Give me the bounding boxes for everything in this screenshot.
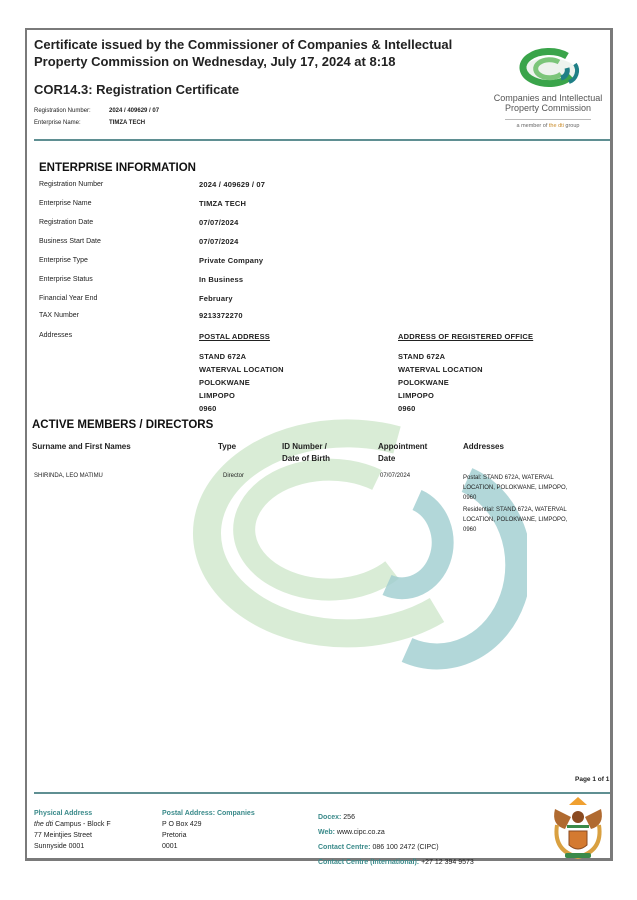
info-label: Enterprise Status <box>39 276 93 283</box>
contact-centre-label: Contact Centre: <box>318 844 371 851</box>
info-label: Business Start Date <box>39 238 101 245</box>
director-name: SHIRINDA, LEO MATIMU <box>34 471 103 481</box>
physical-line-2: 77 Meintjies Street <box>34 830 111 841</box>
reg-number-value: 2024 / 409629 / 07 <box>109 108 159 114</box>
form-title: COR14.3: Registration Certificate <box>34 82 239 97</box>
director-type: Director <box>223 471 244 481</box>
contact-centre-intl: Contact Centre (International): +27 12 3… <box>318 854 474 869</box>
physical-address-heading: Physical Address <box>34 808 111 819</box>
title-line-2: Property Commission on Wednesday, July 1… <box>34 53 464 70</box>
enterprise-info-title: ENTERPRISE INFORMATION <box>39 162 196 174</box>
address-line: LIMPOPO <box>398 389 483 402</box>
address-line: LOCATION, POLOKWANE, LIMPOPO, <box>463 515 567 525</box>
postal-address-lines: STAND 672AWATERVAL LOCATIONPOLOKWANELIMP… <box>199 350 284 415</box>
directors-title: ACTIVE MEMBERS / DIRECTORS <box>32 419 213 431</box>
contact-centre-value: 086 100 2472 (CIPC) <box>371 844 439 851</box>
info-label: Registration Number <box>39 181 103 188</box>
info-label: Registration Date <box>39 219 93 226</box>
col-appointment-date: Appointment Date <box>378 441 427 465</box>
address-line: 0960 <box>199 402 284 415</box>
contact-intl-value: +27 12 394 9573 <box>419 859 474 866</box>
physical-line-1: the dti Campus - Block F <box>34 819 111 830</box>
address-line: WATERVAL LOCATION <box>398 363 483 376</box>
footer-physical-address: Physical Address the dti Campus - Block … <box>34 808 111 852</box>
registered-office-lines: STAND 672AWATERVAL LOCATIONPOLOKWANELIMP… <box>398 350 483 415</box>
docex: Docex: 256 <box>318 809 474 824</box>
web-link[interactable]: www.cipc.co.za <box>335 829 385 836</box>
address-line: STAND 672A <box>398 350 483 363</box>
certificate-page: Certificate issued by the Commissioner o… <box>25 28 613 861</box>
reg-number-label: Registration Number: <box>34 108 91 114</box>
logo-member-text: a member of the dti group <box>489 123 607 129</box>
web[interactable]: Web: www.cipc.co.za <box>318 824 474 839</box>
contact-centre: Contact Centre: 086 100 2472 (CIPC) <box>318 839 474 854</box>
info-label: TAX Number <box>39 312 79 319</box>
address-line: WATERVAL LOCATION <box>199 363 284 376</box>
logo-text: Companies and Intellectual Property Comm… <box>489 93 607 113</box>
title-line-1: Certificate issued by the Commissioner o… <box>34 36 464 53</box>
the-dti-text: the dti <box>34 821 53 828</box>
col-type: Type <box>218 441 236 453</box>
address-line: LOCATION, POLOKWANE, LIMPOPO, <box>463 483 567 493</box>
address-line: POLOKWANE <box>398 376 483 389</box>
logo-line-2: Property Commission <box>489 103 607 113</box>
info-value: In Business <box>199 275 243 284</box>
coat-of-arms-icon <box>547 795 609 861</box>
info-label: Enterprise Type <box>39 257 88 264</box>
logo-divider <box>505 119 591 120</box>
logo-line-1: Companies and Intellectual <box>489 93 607 103</box>
info-value: Private Company <box>199 256 263 265</box>
postal-line-1: P O Box 429 <box>162 819 255 830</box>
certificate-issued-title: Certificate issued by the Commissioner o… <box>34 36 464 70</box>
address-line: 0960 <box>463 493 567 503</box>
page-number: Page 1 of 1 <box>575 776 609 783</box>
docex-value: 256 <box>341 814 355 821</box>
address-line: 0960 <box>463 525 567 535</box>
info-value: 9213372270 <box>199 311 243 320</box>
col-id-line-1: ID Number / <box>282 441 330 453</box>
postal-line-3: 0001 <box>162 841 255 852</box>
postal-address-heading: POSTAL ADDRESS <box>199 332 270 341</box>
info-label: Financial Year End <box>39 295 97 302</box>
col-appt-line-1: Appointment <box>378 441 427 453</box>
address-line: LIMPOPO <box>199 389 284 402</box>
postal-line-2: Pretoria <box>162 830 255 841</box>
info-label: Enterprise Name <box>39 200 92 207</box>
col-appt-line-2: Date <box>378 453 427 465</box>
registered-office-heading: ADDRESS OF REGISTERED OFFICE <box>398 332 533 341</box>
web-label: Web: <box>318 829 335 836</box>
enterprise-name-label: Enterprise Name: <box>34 120 81 126</box>
header-divider <box>34 139 610 141</box>
cipc-logo-icon <box>489 42 609 92</box>
col-id-number: ID Number / Date of Birth <box>282 441 330 465</box>
address-line: STAND 672A <box>199 350 284 363</box>
col-name: Surname and First Names <box>32 441 131 453</box>
director-appointment-date: 07/07/2024 <box>380 471 410 481</box>
member-dti: the dti <box>549 123 564 129</box>
address-line: 0960 <box>398 402 483 415</box>
enterprise-name-value: TIMZA TECH <box>109 120 145 126</box>
col-addresses: Addresses <box>463 441 504 453</box>
director-residential-address: Residential: STAND 672A, WATERVALLOCATIO… <box>463 505 567 535</box>
info-value: 07/07/2024 <box>199 218 239 227</box>
address-line: Postal: STAND 672A, WATERVAL <box>463 473 567 483</box>
director-postal-address: Postal: STAND 672A, WATERVALLOCATION, PO… <box>463 473 567 503</box>
col-id-line-2: Date of Birth <box>282 453 330 465</box>
footer-contact: Docex: 256 Web: www.cipc.co.za Contact C… <box>318 809 474 869</box>
member-suffix: group <box>564 123 580 129</box>
contact-intl-label: Contact Centre (International): <box>318 859 419 866</box>
address-line: POLOKWANE <box>199 376 284 389</box>
footer-divider <box>34 792 610 794</box>
address-line: Residential: STAND 672A, WATERVAL <box>463 505 567 515</box>
postal-address-heading: Postal Address: Companies <box>162 808 255 819</box>
campus-text: Campus - Block F <box>53 821 111 828</box>
info-value: TIMZA TECH <box>199 199 246 208</box>
addresses-label: Addresses <box>39 332 72 339</box>
info-value: 2024 / 409629 / 07 <box>199 180 265 189</box>
footer-postal-address: Postal Address: Companies P O Box 429 Pr… <box>162 808 255 852</box>
info-value: February <box>199 294 233 303</box>
docex-label: Docex: <box>318 814 341 821</box>
physical-line-3: Sunnyside 0001 <box>34 841 111 852</box>
member-prefix: a member of <box>517 123 549 129</box>
info-value: 07/07/2024 <box>199 237 239 246</box>
